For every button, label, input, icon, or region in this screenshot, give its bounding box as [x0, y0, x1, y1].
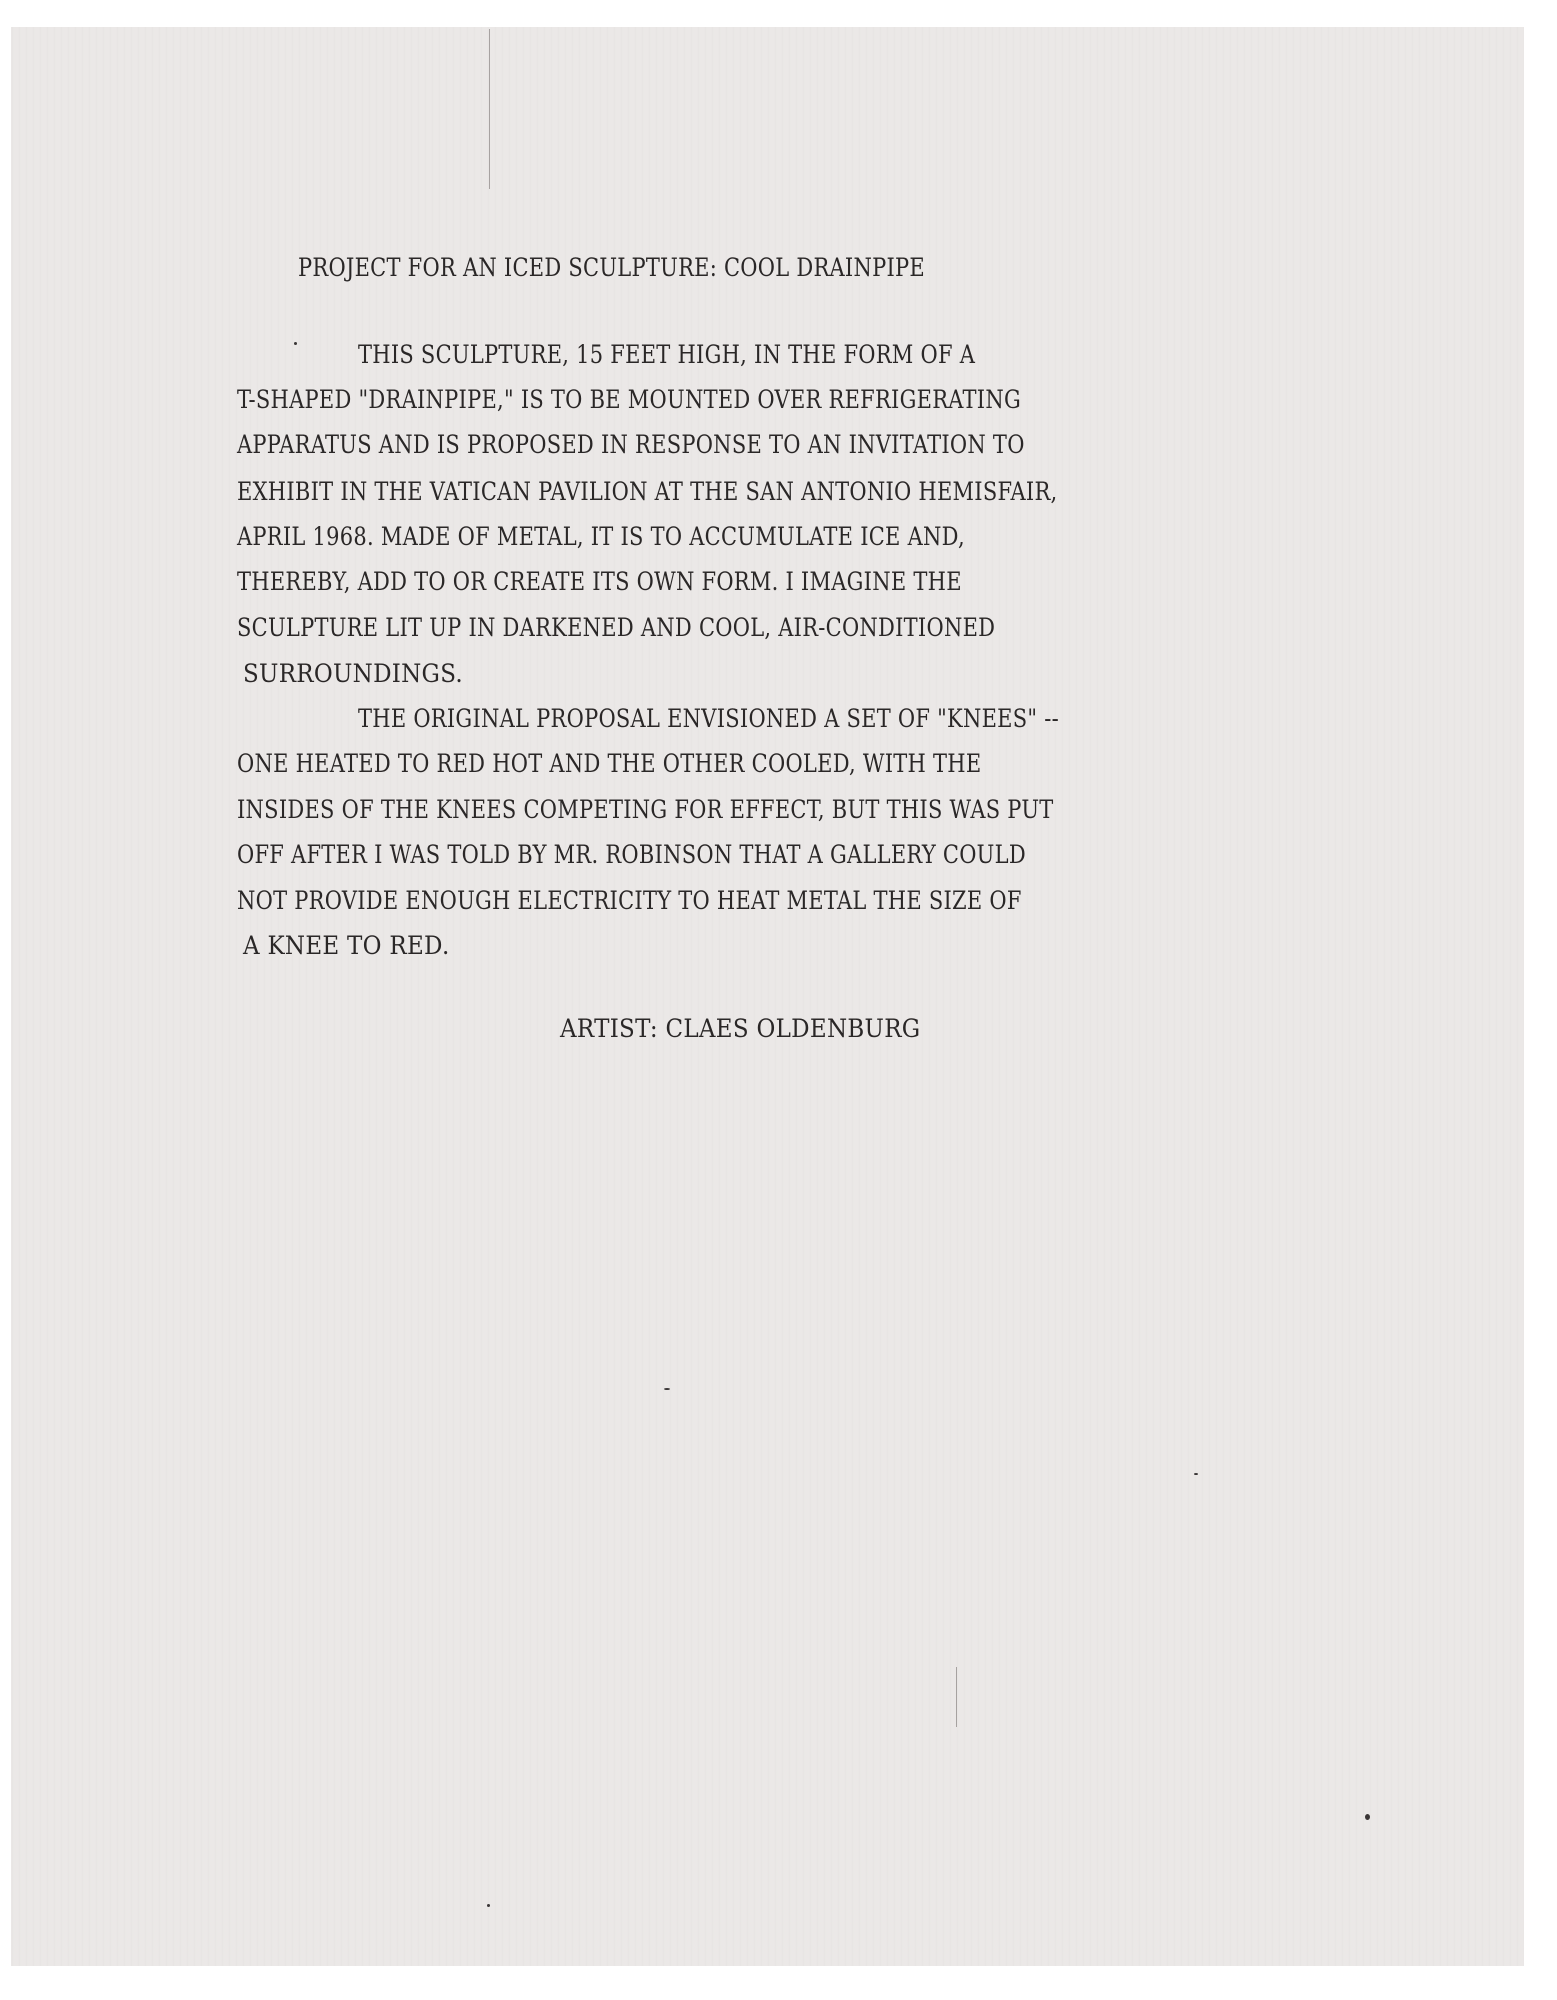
paper-page: [11, 27, 1524, 1966]
paragraph-line: ONE HEATED TO RED HOT AND THE OTHER COOL…: [237, 749, 981, 778]
paper-speck: [294, 342, 297, 345]
paper-speck: [1365, 1814, 1370, 1820]
paragraph-line: EXHIBIT IN THE VATICAN PAVILION AT THE S…: [237, 477, 1057, 506]
crease-mark-top: [489, 29, 490, 189]
paragraph-line: APRIL 1968. MADE OF METAL, IT IS TO ACCU…: [237, 522, 965, 551]
paragraph-line: NOT PROVIDE ENOUGH ELECTRICITY TO HEAT M…: [237, 886, 1022, 915]
paragraph-line: OFF AFTER I WAS TOLD BY MR. ROBINSON THA…: [237, 840, 1026, 869]
document-title: PROJECT FOR AN ICED SCULPTURE: COOL DRAI…: [298, 253, 925, 282]
paragraph-line: THE ORIGINAL PROPOSAL ENVISIONED A SET O…: [358, 704, 1059, 733]
paper-speck: [1194, 1473, 1198, 1475]
paragraph-line: THEREBY, ADD TO OR CREATE ITS OWN FORM. …: [237, 567, 962, 596]
paragraph-line: T-SHAPED "DRAINPIPE," IS TO BE MOUNTED O…: [237, 385, 1021, 414]
crease-mark-bottom: [956, 1667, 957, 1727]
paper-speck: [664, 1388, 670, 1390]
paragraph-line: APPARATUS AND IS PROPOSED IN RESPONSE TO…: [237, 430, 1025, 459]
paragraph-line: A KNEE TO RED.: [243, 931, 450, 960]
artist-signature: ARTIST: CLAES OLDENBURG: [560, 1014, 920, 1043]
paragraph-line: SCULPTURE LIT UP IN DARKENED AND COOL, A…: [237, 613, 995, 642]
paper-speck: [487, 1904, 490, 1907]
paragraph-line: THIS SCULPTURE, 15 FEET HIGH, IN THE FOR…: [358, 340, 975, 369]
paragraph-line: SURROUNDINGS.: [243, 659, 463, 688]
paragraph-line: INSIDES OF THE KNEES COMPETING FOR EFFEC…: [237, 795, 1054, 824]
